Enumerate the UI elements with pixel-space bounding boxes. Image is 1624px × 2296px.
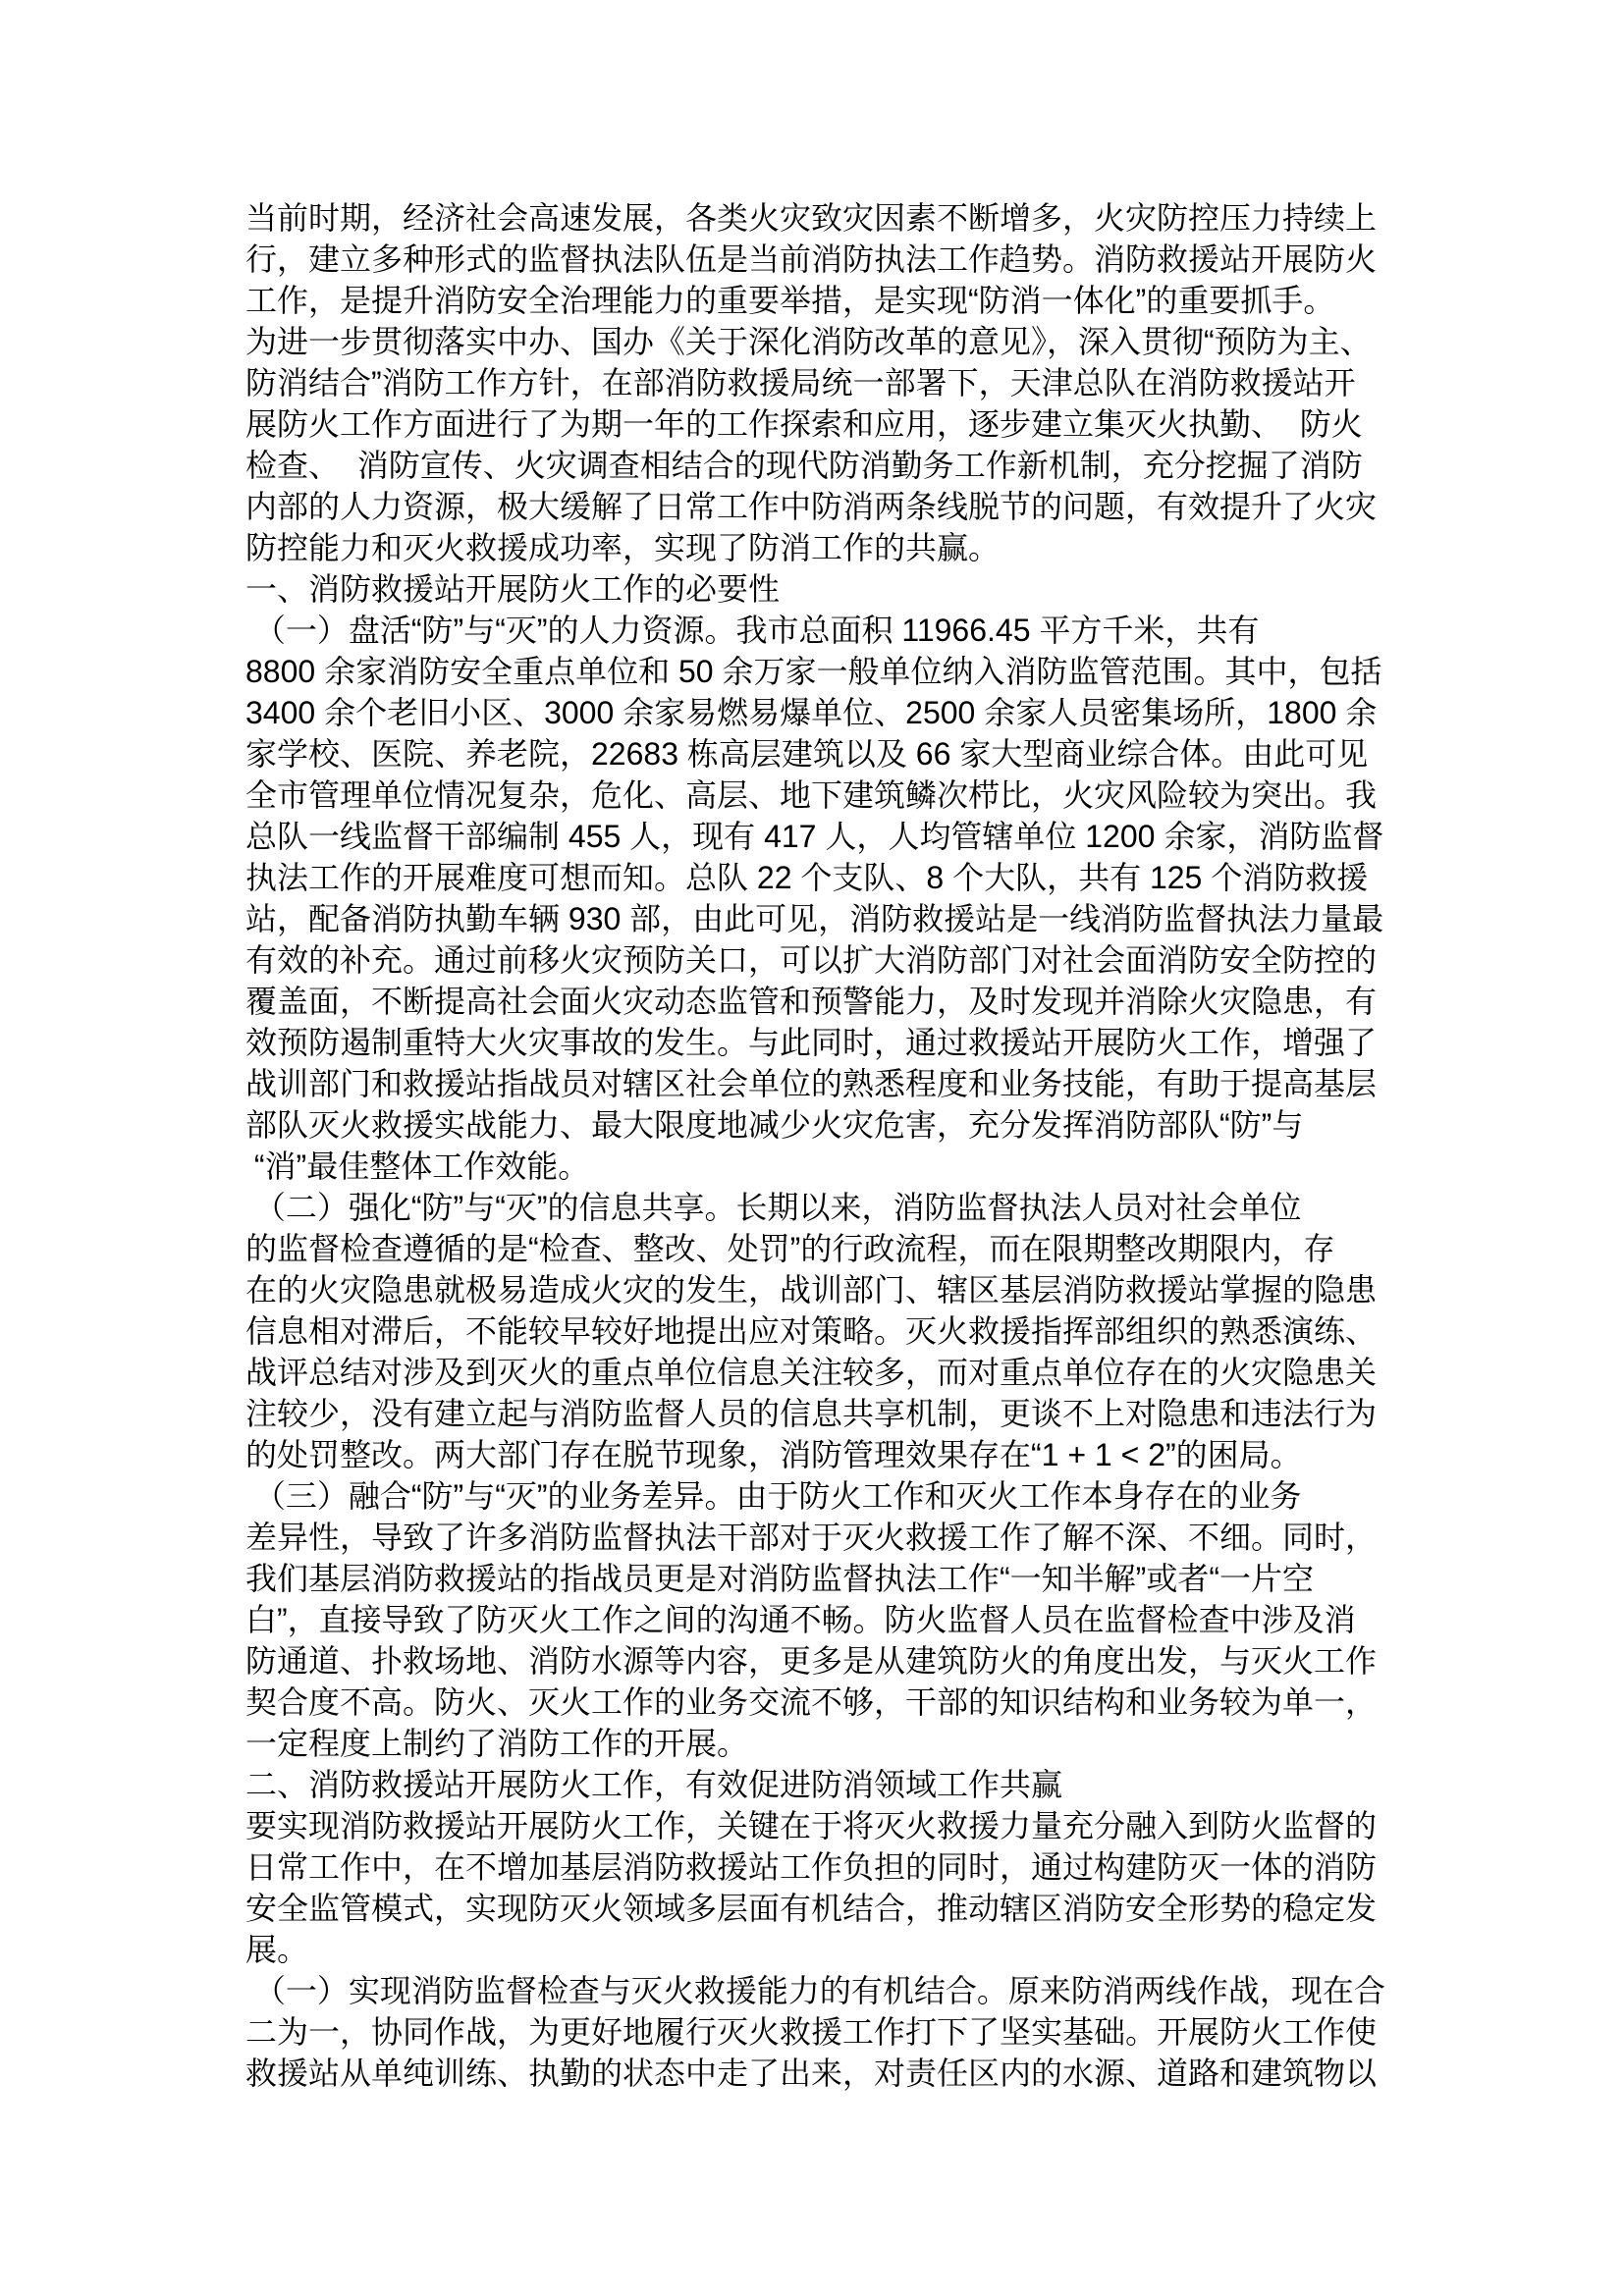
paragraph: （一）实现消防监督检查与灭火救援能力的有机结合。原来防消两线作战，现在合二为一，… (245, 1970, 1394, 2094)
text-line: 展。 (245, 1929, 1394, 1970)
text-line: 差异性，导致了许多消防监督执法干部对于灭火救援工作了解不深、不细。同时， (245, 1517, 1394, 1558)
text-line: （二）强化“防”与“灭”的信息共享。长期以来，消防监督执法人员对社会单位 (245, 1187, 1394, 1228)
text-line: 全市管理单位情况复杂，危化、高层、地下建筑鳞次栉比，火灾风险较为突出。我 (245, 774, 1394, 816)
text-line: 战训部门和救援站指战员对辖区社会单位的熟悉程度和业务技能，有助于提高基层 (245, 1063, 1394, 1104)
text-line: 一、消防救援站开展防火工作的必要性 (245, 568, 1394, 610)
text-line: 注较少，没有建立起与消防监督人员的信息共享机制，更谈不上对隐患和违法行为 (245, 1393, 1394, 1434)
text-line: 信息相对滞后，不能较早较好地提出应对策略。灭火救援指挥部组织的熟悉演练、 (245, 1310, 1394, 1352)
text-line: （一）盘活“防”与“灭”的人力资源。我市总面积 11966.45 平方千米，共有 (245, 610, 1394, 651)
text-line: 展防火工作方面进行了为期一年的工作探索和应用，逐步建立集灭火执勤、 防火 (245, 403, 1394, 445)
text-line: 覆盖面，不断提高社会面火灾动态监管和预警能力，及时发现并消除火灾隐患，有 (245, 981, 1394, 1022)
text-line: 执法工作的开展难度可想而知。总队 22 个支队、8 个大队，共有 125 个消防… (245, 857, 1394, 898)
text-line: 二为一，协同作战，为更好地履行灭火救援工作打下了坚实基础。开展防火工作使 (245, 2011, 1394, 2053)
paragraph: 二、消防救援站开展防火工作，有效促进防消领域工作共赢 (245, 1764, 1394, 1805)
text-line: 我们基层消防救援站的指战员更是对消防监督执法工作“一知半解”或者“一片空 (245, 1558, 1394, 1599)
text-line: 救援站从单纯训练、执勤的状态中走了出来，对责任区内的水源、道路和建筑物以 (245, 2053, 1394, 2094)
text-line: 工作，是提升消防安全治理能力的重要举措，是实现“防消一体化”的重要抓手。 (245, 280, 1394, 321)
paragraph: （一）盘活“防”与“灭”的人力资源。我市总面积 11966.45 平方千米，共有… (245, 610, 1394, 1187)
text-line: 效预防遏制重特大火灾事故的发生。与此同时，通过救援站开展防火工作，增强了 (245, 1022, 1394, 1063)
text-line: 日常工作中，在不增加基层消防救援站工作负担的同时，通过构建防灭一体的消防 (245, 1846, 1394, 1888)
text-line: 部队灭火救援实战能力、最大限度地减少火灾危害，充分发挥消防部队“防”与 (245, 1104, 1394, 1146)
text-line: 3400 余个老旧小区、3000 余家易燃易爆单位、2500 余家人员密集场所，… (245, 692, 1394, 733)
text-line: 战评总结对涉及到灭火的重点单位信息关注较多，而对重点单位存在的火灾隐患关 (245, 1352, 1394, 1393)
document-page: 当前时期，经济社会高速发展，各类火灾致灾因素不断增多，火灾防控压力持续上行，建立… (0, 0, 1624, 2296)
text-line: 防通道、扑救场地、消防水源等内容，更多是从建筑防火的角度出发，与灭火工作 (245, 1640, 1394, 1682)
text-line: 家学校、医院、养老院，22683 栋高层建筑以及 66 家大型商业综合体。由此可… (245, 733, 1394, 774)
text-line: 安全监管模式，实现防灭火领域多层面有机结合，推动辖区消防安全形势的稳定发 (245, 1888, 1394, 1929)
text-line: 当前时期，经济社会高速发展，各类火灾致灾因素不断增多，火灾防控压力持续上 (245, 197, 1394, 239)
text-line: （三）融合“防”与“灭”的业务差异。由于防火工作和灭火工作本身存在的业务 (245, 1475, 1394, 1517)
text-line: 防消结合”消防工作方针，在部消防救援局统一部署下，天津总队在消防救援站开 (245, 362, 1394, 403)
text-line: 一定程度上制约了消防工作的开展。 (245, 1723, 1394, 1764)
text-line: 白”，直接导致了防灭火工作之间的沟通不畅。防火监督人员在监督检查中涉及消 (245, 1599, 1394, 1640)
text-line: 内部的人力资源，极大缓解了日常工作中防消两条线脱节的问题，有效提升了火灾 (245, 486, 1394, 527)
text-line: 二、消防救援站开展防火工作，有效促进防消领域工作共赢 (245, 1764, 1394, 1805)
paragraph: （二）强化“防”与“灭”的信息共享。长期以来，消防监督执法人员对社会单位的监督检… (245, 1187, 1394, 1475)
text-line: 总队一线监督干部编制 455 人，现有 417 人，人均管辖单位 1200 余家… (245, 816, 1394, 857)
text-line: 8800 余家消防安全重点单位和 50 余万家一般单位纳入消防监管范围。其中，包… (245, 651, 1394, 692)
paragraph: （三）融合“防”与“灭”的业务差异。由于防火工作和灭火工作本身存在的业务差异性，… (245, 1475, 1394, 1764)
text-line: 在的火灾隐患就极易造成火灾的发生，战训部门、辖区基层消防救援站掌握的隐患 (245, 1269, 1394, 1310)
paragraph: 要实现消防救援站开展防火工作，关键在于将灭火救援力量充分融入到防火监督的日常工作… (245, 1805, 1394, 1970)
text-line: 为进一步贯彻落实中办、国办《关于深化消防改革的意见》，深入贯彻“预防为主、 (245, 321, 1394, 362)
paragraph: 一、消防救援站开展防火工作的必要性 (245, 568, 1394, 610)
text-line: 有效的补充。通过前移火灾预防关口，可以扩大消防部门对社会面消防安全防控的 (245, 939, 1394, 981)
text-line: （一）实现消防监督检查与灭火救援能力的有机结合。原来防消两线作战，现在合 (245, 1970, 1394, 2011)
text-line: 防控能力和灭火救援成功率，实现了防消工作的共赢。 (245, 527, 1394, 568)
text-line: 的监督检查遵循的是“检查、整改、处罚”的行政流程，而在限期整改期限内，存 (245, 1228, 1394, 1269)
text-line: 契合度不高。防火、灭火工作的业务交流不够，干部的知识结构和业务较为单一， (245, 1682, 1394, 1723)
text-line: “消”最佳整体工作效能。 (245, 1146, 1394, 1187)
text-line: 检查、 消防宣传、火灾调查相结合的现代防消勤务工作新机制，充分挖掘了消防 (245, 445, 1394, 486)
paragraph: 当前时期，经济社会高速发展，各类火灾致灾因素不断增多，火灾防控压力持续上行，建立… (245, 197, 1394, 568)
text-line: 的处罚整改。两大部门存在脱节现象，消防管理效果存在“1 + 1 < 2”的困局。 (245, 1434, 1394, 1475)
text-line: 行，建立多种形式的监督执法队伍是当前消防执法工作趋势。消防救援站开展防火 (245, 239, 1394, 280)
document-body: 当前时期，经济社会高速发展，各类火灾致灾因素不断增多，火灾防控压力持续上行，建立… (245, 197, 1394, 2094)
text-line: 站，配备消防执勤车辆 930 部，由此可见，消防救援站是一线消防监督执法力量最 (245, 898, 1394, 939)
text-line: 要实现消防救援站开展防火工作，关键在于将灭火救援力量充分融入到防火监督的 (245, 1805, 1394, 1846)
